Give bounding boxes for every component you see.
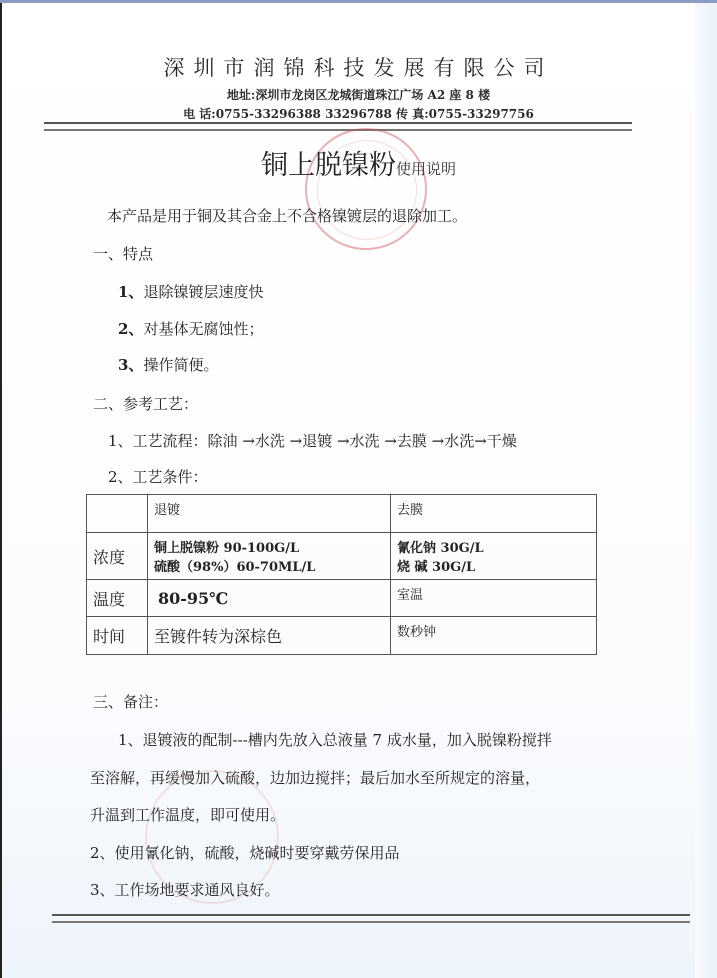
company-address: 地址:深圳市龙岗区龙城街道珠江广场 A2 座 8 楼 [0,86,717,103]
temperature-film: 室温 [391,580,597,617]
note3: 3、工作场地要求通风良好。 [90,879,280,900]
header-divider [44,122,632,131]
intro-text: 本产品是用于铜及其合金上不合格镍镀层的退除加工。 [107,205,467,226]
time-strip: 至镀件转为深棕色 [148,617,391,655]
section2-heading: 二、参考工艺： [93,393,198,414]
feature-item: 3、操作简便。 [118,354,218,375]
flow-label: 1、工艺流程： [108,432,208,450]
cell-line: 氰化钠 30G/L [397,537,590,556]
feature-num: 3、 [118,356,143,374]
conditions-label: 2、工艺条件： [108,466,208,487]
table-header-row: 退镀 去膜 [87,495,597,533]
note2: 2、使用氰化钠，硫酸，烧碱时要穿戴劳保用品 [90,842,400,863]
section3-heading: 三、备注： [93,691,168,712]
cell-line: 铜上脱镍粉 90-100G/L [154,537,384,556]
feature-item: 2、对基体无腐蚀性； [118,318,263,339]
header-strip: 退镀 [148,495,391,533]
flow-steps: 除油 →水洗 →退镀 →水洗 →去膜 →水洗→干燥 [208,432,517,450]
product-name: 铜上脱镍粉 [261,150,396,181]
feature-text: 对基体无腐蚀性； [143,320,263,338]
footer-divider [52,914,690,923]
note1-line1: 1、退镀液的配制---槽内先放入总液量 7 成水量，加入脱镍粉搅拌 [118,729,552,750]
table-row: 温度 80-95℃ 室温 [87,580,597,617]
feature-item: 1、退除镍镀层速度快 [118,281,263,302]
table-corner-cell [87,495,148,533]
feature-text: 退除镍镀层速度快 [143,283,263,301]
concentration-strip: 铜上脱镍粉 90-100G/L硫酸（98%）60-70ML/L [148,533,391,580]
table-row: 浓度 铜上脱镍粉 90-100G/L硫酸（98%）60-70ML/L 氰化钠 3… [87,533,597,580]
note1-line2: 至溶解，再缓慢加入硫酸，边加边搅拌；最后加水至所规定的溶量， [90,767,540,788]
company-name: 深圳市润锦科技发展有限公司 [0,52,717,82]
row-label: 温度 [87,580,148,617]
process-flow: 1、工艺流程：除油 →水洗 →退镀 →水洗 →去膜 →水洗→干燥 [108,430,517,451]
cell-line: 烧 碱 30G/L [397,556,590,575]
note1-line3: 升温到工作温度，即可使用。 [90,804,285,825]
temperature-strip: 80-95℃ [148,580,391,617]
company-phone-fax: 电 话:0755-33296388 33296788 传 真:0755-3329… [0,105,717,122]
feature-num: 2、 [118,320,143,338]
header-film-removal: 去膜 [391,495,597,533]
feature-num: 1、 [118,283,143,301]
process-conditions-table: 退镀 去膜 浓度 铜上脱镍粉 90-100G/L硫酸（98%）60-70ML/L… [86,494,597,655]
title-suffix: 使用说明 [396,160,456,178]
row-label: 浓度 [87,533,148,580]
concentration-film: 氰化钠 30G/L烧 碱 30G/L [391,533,597,580]
table-row: 时间 至镀件转为深棕色 数秒钟 [87,617,597,655]
row-label: 时间 [87,617,148,655]
document-title: 铜上脱镍粉使用说明 [0,143,717,182]
time-film: 数秒钟 [391,617,597,655]
feature-text: 操作简便。 [143,356,218,374]
section1-heading: 一、特点 [93,243,153,264]
cell-line: 硫酸（98%）60-70ML/L [154,556,384,575]
